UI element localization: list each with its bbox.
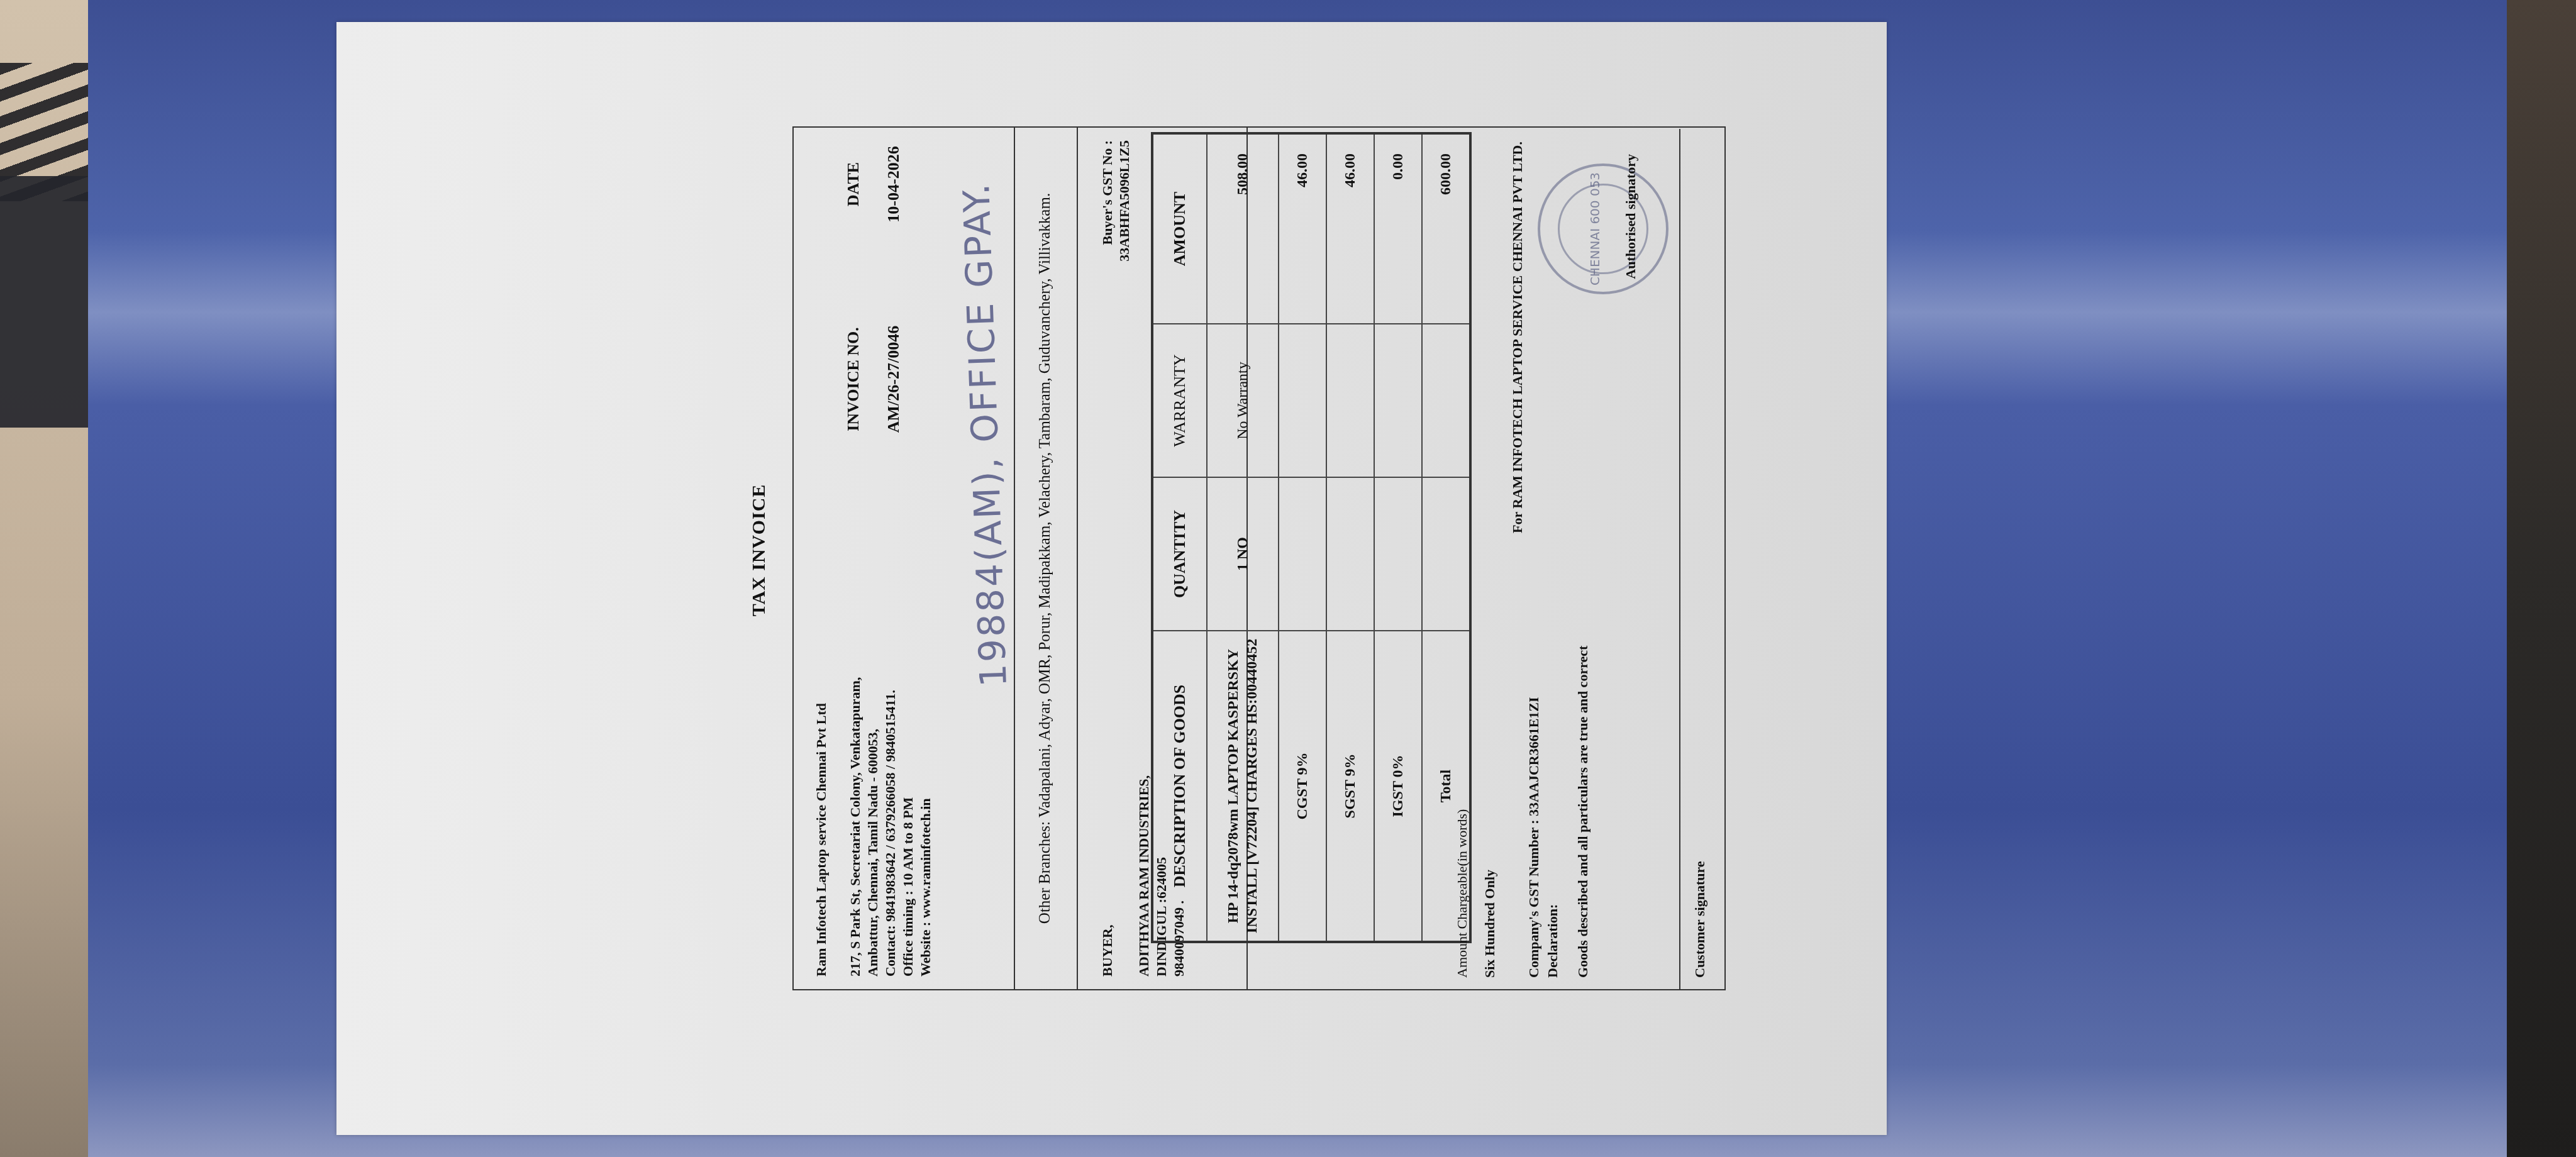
other-branches: Other Branches: Vadapalani, Adyar, OMR, … <box>1036 128 1054 989</box>
cell-description: SGST 9% <box>1326 631 1374 942</box>
table-row: SGST 9% 46.00 <box>1326 133 1374 942</box>
table-row: IGST 0% 0.00 <box>1374 133 1422 942</box>
company-block: Ram Infotech Laptop service Chennai Pvt … <box>813 677 935 977</box>
cell-description: HP 14-dq2078wm LAPTOP KASPERSKY INSTALL … <box>1207 631 1279 942</box>
authorised-signatory: Authorised signatory <box>1623 154 1639 279</box>
cell-amount: 46.00 <box>1326 133 1374 324</box>
cell-warranty: No Warranty <box>1207 324 1279 477</box>
date-label: DATE <box>844 90 863 279</box>
cell-warranty <box>1326 324 1374 477</box>
cell-warranty <box>1279 324 1326 477</box>
header-quantity: QUANTITY <box>1152 477 1207 631</box>
buyer-gst-label: Buyer's GST No : <box>1099 140 1116 262</box>
items-table: DESCRIPTION OF GOODS QUANTITY WARRANTY A… <box>1151 132 1472 943</box>
invoice-title: TAX INVOICE <box>748 60 770 1041</box>
footer-block: Amount Chargeable(in words) Six Hundred … <box>1453 646 1592 978</box>
divider <box>1014 128 1015 989</box>
header-warranty: WARRANTY <box>1152 324 1207 477</box>
cell-amount: 0.00 <box>1374 133 1422 324</box>
buyer-gst-block: Buyer's GST No : 33ABHFA5096L1Z5 <box>1099 140 1133 262</box>
company-address-1: 217, S Park St, Secretariat Colony, Venk… <box>847 677 864 977</box>
invoice-paper: TAX INVOICE Ram Infotech Laptop service … <box>336 22 1887 1135</box>
cell-quantity <box>1326 477 1374 631</box>
invoice-document: TAX INVOICE Ram Infotech Laptop service … <box>667 60 1755 1041</box>
office-timing: Office timing : 10 AM to 8 PM <box>899 677 917 977</box>
stamp-text: CHENNAI 600 053 <box>1587 166 1602 292</box>
cell-description: CGST 9% <box>1279 631 1326 942</box>
cell-quantity <box>1422 477 1470 631</box>
invoice-no: AM/26-27/0046 <box>884 285 903 473</box>
header-description: DESCRIPTION OF GOODS <box>1152 631 1207 942</box>
invoice-no-label: INVOICE NO. <box>844 285 863 473</box>
company-contact: Contact: 9841983642 / 6379266058 / 98405… <box>882 677 899 977</box>
buyer-label: BUYER, <box>1099 775 1116 977</box>
company-stamp: CHENNAI 600 053 <box>1538 163 1668 294</box>
background-edge <box>2507 0 2576 1157</box>
cell-warranty <box>1422 324 1470 477</box>
for-company: For RAM INFOTECH LAPTOP SERVICE CHENNAI … <box>1509 141 1526 533</box>
cell-quantity: 1 NO <box>1207 477 1279 631</box>
cell-quantity <box>1374 477 1422 631</box>
handwritten-note: 19884(AM), OFFICE GPAY. <box>955 181 1015 688</box>
invoice-date: 10-04-2026 <box>884 90 903 279</box>
cell-amount: 508.00 <box>1207 133 1279 324</box>
company-website: Website : www.raminfotech.in <box>917 677 935 977</box>
customer-signature: Customer signature <box>1692 861 1708 978</box>
amount-in-words: Six Hundred Only <box>1480 646 1499 978</box>
divider <box>1679 129 1680 990</box>
table-row: HP 14-dq2078wm LAPTOP KASPERSKY INSTALL … <box>1207 133 1279 942</box>
company-gst: Company's GST Number : 33AAJCR3661E1ZI <box>1524 646 1543 978</box>
cell-amount: 46.00 <box>1279 133 1326 324</box>
company-name: Ram Infotech Laptop service Chennai Pvt … <box>813 677 830 977</box>
declaration-label: Declaration: <box>1543 646 1562 978</box>
cell-warranty <box>1374 324 1422 477</box>
table-header-row: DESCRIPTION OF GOODS QUANTITY WARRANTY A… <box>1152 133 1207 942</box>
cell-amount: 600.00 <box>1422 133 1470 324</box>
cell-description: IGST 0% <box>1374 631 1422 942</box>
table-row: CGST 9% 46.00 <box>1279 133 1326 942</box>
company-address-2: Ambattur, Chennai, Tamil Nadu - 600053, <box>864 677 882 977</box>
declaration-text: Goods described and all particulars are … <box>1574 646 1592 978</box>
cell-quantity <box>1279 477 1326 631</box>
buyer-name: ADITHYAA RAM INDUSTRIES, <box>1135 775 1153 977</box>
divider <box>1077 128 1078 989</box>
buyer-gst-no: 33ABHFA5096L1Z5 <box>1116 140 1133 262</box>
amount-words-label: Amount Chargeable(in words) <box>1453 646 1472 978</box>
header-amount: AMOUNT <box>1152 133 1207 324</box>
